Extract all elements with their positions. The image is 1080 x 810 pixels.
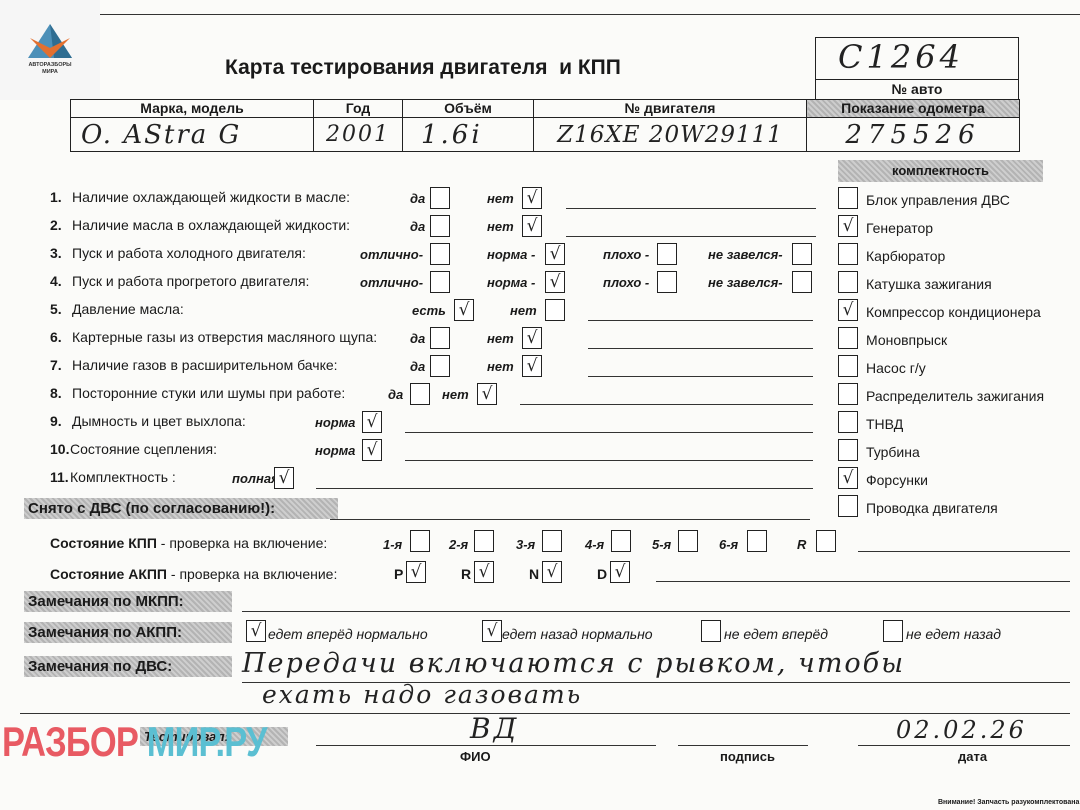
option-label: норма - xyxy=(487,247,535,262)
test-label: Наличие масла в охлаждающей жидкости: xyxy=(72,217,350,233)
option-label: нет xyxy=(487,359,514,374)
test-label: Комплектность : xyxy=(70,469,176,485)
test-option-checkbox[interactable]: √ xyxy=(362,411,382,433)
manual-gear-checkbox[interactable] xyxy=(747,530,767,552)
completeness-item-label: Катушка зажигания xyxy=(866,276,992,292)
test-option-checkbox[interactable] xyxy=(410,383,430,405)
test-option-checkbox[interactable] xyxy=(430,215,450,237)
signature-caption: подпись xyxy=(720,749,775,764)
option-label: да xyxy=(388,387,403,402)
engine-remarks-line1: Передачи включаются с рывком, чтобы xyxy=(242,648,905,679)
auto-remark-checkbox[interactable] xyxy=(701,620,721,642)
make-model-value: O. AStra G xyxy=(71,118,314,152)
completeness-item-label: Карбюратор xyxy=(866,248,945,264)
auto-gear-label: R xyxy=(461,566,471,582)
completeness-checkbox[interactable] xyxy=(838,271,858,293)
option-label: да xyxy=(410,191,425,206)
option-label: отлично- xyxy=(360,247,423,262)
column-header-year: Год xyxy=(314,100,403,118)
option-label: не завелся- xyxy=(708,275,783,290)
completeness-header: комплектность xyxy=(838,160,1043,182)
completeness-item-label: Распределитель зажигания xyxy=(866,388,1044,404)
completeness-item-label: Форсунки xyxy=(866,472,928,488)
test-option-checkbox[interactable]: √ xyxy=(522,355,542,377)
test-option-checkbox[interactable]: √ xyxy=(522,215,542,237)
completeness-item-label: Компрессор кондиционера xyxy=(866,304,1041,320)
completeness-checkbox[interactable]: √ xyxy=(838,467,858,489)
manual-gear-checkbox[interactable] xyxy=(542,530,562,552)
completeness-checkbox[interactable] xyxy=(838,355,858,377)
option-label: норма - xyxy=(487,275,535,290)
tester-name-value: ВД xyxy=(470,712,519,745)
page-title: Карта тестирования двигателя и КПП xyxy=(225,56,621,80)
watermark-part1: РАЗБОР xyxy=(2,718,138,765)
manual-gearbox-label: Состояние КПП - проверка на включение: xyxy=(50,535,327,551)
manual-gear-label: 1-я xyxy=(383,537,402,552)
test-label: Наличие охлаждающей жидкости в масле: xyxy=(72,189,350,205)
manual-gear-label: 2-я xyxy=(449,537,468,552)
completeness-checkbox[interactable] xyxy=(838,187,858,209)
auto-gearbox-remarks-label: Замечания по АКПП: xyxy=(24,622,232,643)
auto-gear-label: N xyxy=(529,566,539,582)
test-label: Состояние сцепления: xyxy=(70,441,217,457)
car-number-label: № авто xyxy=(815,79,1019,99)
test-number: 11. xyxy=(50,469,69,485)
test-option-checkbox[interactable]: √ xyxy=(477,383,497,405)
option-label: да xyxy=(410,219,425,234)
column-header-make-model: Марка, модель xyxy=(71,100,314,118)
auto-remark-label: едет назад нормально xyxy=(502,626,653,642)
footer-note: Внимание! Запчасть разукомплектована! xyxy=(938,799,1080,806)
option-label: да xyxy=(410,331,425,346)
test-number: 2. xyxy=(50,217,62,233)
test-number: 10. xyxy=(50,441,69,457)
option-label: норма xyxy=(315,415,355,430)
manual-gear-label: 4-я xyxy=(585,537,604,552)
removed-parts-label: Снято с ДВС (по согласованию!): xyxy=(24,498,338,519)
option-label: нет xyxy=(487,191,514,206)
option-label: да xyxy=(410,359,425,374)
engine-number-value: Z16XE 20W29111 xyxy=(534,118,807,152)
company-logo: АВТОРАЗБОРЫ МИРА xyxy=(0,0,100,100)
test-option-checkbox[interactable] xyxy=(430,243,450,265)
test-option-checkbox[interactable] xyxy=(657,243,677,265)
option-label: не завелся- xyxy=(708,247,783,262)
test-option-checkbox[interactable] xyxy=(430,187,450,209)
auto-gear-checkbox[interactable]: √ xyxy=(406,561,426,583)
option-label: нет xyxy=(487,331,514,346)
auto-remark-label: не едет назад xyxy=(906,626,1001,642)
logo-text-line1: АВТОРАЗБОРЫ xyxy=(0,62,100,68)
test-option-checkbox[interactable] xyxy=(545,299,565,321)
completeness-checkbox[interactable] xyxy=(838,439,858,461)
test-option-checkbox[interactable]: √ xyxy=(522,187,542,209)
auto-gear-checkbox[interactable]: √ xyxy=(542,561,562,583)
test-option-checkbox[interactable]: √ xyxy=(362,439,382,461)
option-label: норма xyxy=(315,443,355,458)
test-number: 7. xyxy=(50,357,62,373)
auto-remark-checkbox[interactable]: √ xyxy=(246,620,266,642)
option-label: есть xyxy=(412,303,446,318)
test-label: Давление масла: xyxy=(72,301,184,317)
column-header-odometer: Показание одометра xyxy=(807,100,1020,118)
test-number: 5. xyxy=(50,301,62,317)
test-label: Посторонние стуки или шумы при работе: xyxy=(72,385,345,401)
name-caption: ФИО xyxy=(460,749,491,764)
engine-remarks-label: Замечания по ДВС: xyxy=(24,656,232,677)
auto-gear-checkbox[interactable]: √ xyxy=(474,561,494,583)
car-number-value: C1264 xyxy=(838,38,964,76)
auto-gear-checkbox[interactable]: √ xyxy=(610,561,630,583)
test-number: 8. xyxy=(50,385,62,401)
completeness-checkbox[interactable]: √ xyxy=(838,299,858,321)
manual-gear-checkbox[interactable] xyxy=(816,530,836,552)
car-number-box: C1264 xyxy=(815,37,1019,79)
test-option-checkbox[interactable] xyxy=(792,271,812,293)
test-date-value: 02.02.26 xyxy=(896,716,1027,744)
test-option-checkbox[interactable]: √ xyxy=(545,243,565,265)
volume-value: 1.6i xyxy=(403,118,534,152)
test-number: 3. xyxy=(50,245,62,261)
option-label: нет xyxy=(510,303,537,318)
test-option-checkbox[interactable] xyxy=(430,327,450,349)
test-option-checkbox[interactable] xyxy=(792,243,812,265)
date-caption: дата xyxy=(958,749,987,764)
completeness-checkbox[interactable] xyxy=(838,243,858,265)
option-label: плохо - xyxy=(603,275,649,290)
option-label: плохо - xyxy=(603,247,649,262)
option-label: отлично- xyxy=(360,275,423,290)
test-label: Пуск и работа прогретого двигателя: xyxy=(72,273,309,289)
auto-gear-label: D xyxy=(597,566,607,582)
option-label: полная xyxy=(232,471,279,486)
logo-text-line2: МИРА xyxy=(0,69,100,75)
test-option-checkbox[interactable] xyxy=(430,271,450,293)
test-option-checkbox[interactable]: √ xyxy=(545,271,565,293)
manual-gearbox-remarks-label: Замечания по МКПП: xyxy=(24,591,232,612)
column-header-engine-number: № двигателя xyxy=(534,100,807,118)
manual-gear-checkbox[interactable] xyxy=(474,530,494,552)
logo-mountain-icon xyxy=(26,22,74,60)
manual-gear-label: R xyxy=(797,537,806,552)
watermark-part2: МИР.РУ xyxy=(147,718,267,765)
manual-gear-label: 3-я xyxy=(516,537,535,552)
manual-gear-checkbox[interactable] xyxy=(410,530,430,552)
completeness-checkbox[interactable] xyxy=(838,411,858,433)
auto-gearbox-label: Состояние АКПП - проверка на включение: xyxy=(50,566,337,582)
test-number: 6. xyxy=(50,329,62,345)
completeness-item-label: Проводка двигателя xyxy=(866,500,998,516)
test-option-checkbox[interactable]: √ xyxy=(522,327,542,349)
manual-gear-checkbox[interactable] xyxy=(611,530,631,552)
test-label: Наличие газов в расширительном бачке: xyxy=(72,357,338,373)
test-label: Пуск и работа холодного двигателя: xyxy=(72,245,306,261)
odometer-value: 275526 xyxy=(807,118,1020,152)
manual-gear-label: 6-я xyxy=(719,537,738,552)
completeness-checkbox[interactable] xyxy=(838,327,858,349)
test-number: 9. xyxy=(50,413,62,429)
test-label: Дымность и цвет выхлопа: xyxy=(72,413,246,429)
test-number: 1. xyxy=(50,189,62,205)
completeness-checkbox[interactable]: √ xyxy=(838,215,858,237)
completeness-checkbox[interactable] xyxy=(838,383,858,405)
completeness-checkbox[interactable] xyxy=(838,495,858,517)
completeness-item-label: Генератор xyxy=(866,220,933,236)
completeness-item-label: Моновпрыск xyxy=(866,332,947,348)
auto-gear-label: P xyxy=(394,566,403,582)
manual-gear-label: 5-я xyxy=(652,537,671,552)
test-label: Картерные газы из отверстия масляного щу… xyxy=(72,329,377,345)
auto-remark-checkbox[interactable] xyxy=(883,620,903,642)
test-option-checkbox[interactable]: √ xyxy=(274,467,294,489)
completeness-item-label: Турбина xyxy=(866,444,920,460)
vehicle-info-table: Марка, модель Год Объём № двигателя Пока… xyxy=(70,99,1020,152)
option-label: нет xyxy=(442,387,469,402)
auto-remark-checkbox[interactable]: √ xyxy=(482,620,502,642)
completeness-item-label: Блок управления ДВС xyxy=(866,192,1010,208)
column-header-volume: Объём xyxy=(403,100,534,118)
watermark: РАЗБОР МИР.РУ xyxy=(2,718,267,766)
auto-remark-label: едет вперёд нормально xyxy=(268,626,428,642)
test-number: 4. xyxy=(50,273,62,289)
year-value: 2001 xyxy=(314,118,403,152)
test-option-checkbox[interactable] xyxy=(430,355,450,377)
completeness-item-label: Насос г/у xyxy=(866,360,926,376)
option-label: нет xyxy=(487,219,514,234)
test-option-checkbox[interactable] xyxy=(657,271,677,293)
completeness-item-label: ТНВД xyxy=(866,416,903,432)
test-option-checkbox[interactable]: √ xyxy=(454,299,474,321)
engine-remarks-line2: ехать надо газовать xyxy=(262,680,582,709)
auto-remark-label: не едет вперёд xyxy=(724,626,828,642)
manual-gear-checkbox[interactable] xyxy=(678,530,698,552)
